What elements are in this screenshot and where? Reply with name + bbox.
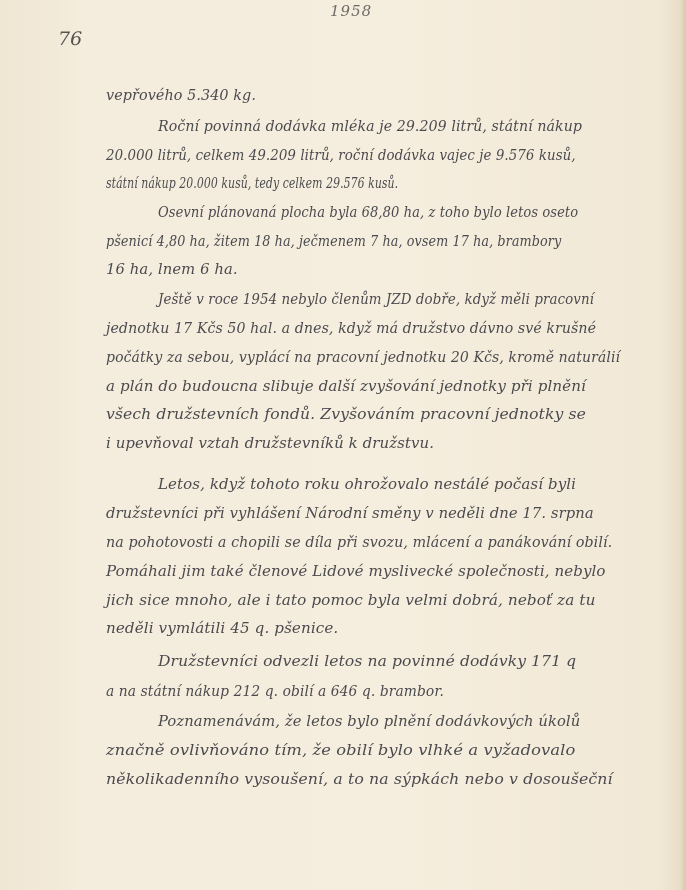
text-line: družstevníci při vyhlášení Národní směny…	[106, 504, 594, 522]
text-line: 20.000 litrů, celkem 49.209 litrů, roční…	[106, 146, 576, 164]
text-line: Osevní plánovaná plocha byla 68,80 ha, z…	[158, 203, 578, 221]
text-line: i upevňoval vztah družstevníků k družstv…	[106, 434, 434, 452]
text-line: na pohotovosti a chopili se díla při svo…	[106, 533, 612, 551]
text-line: několikadenního vysoušení, a to na sýpká…	[106, 770, 613, 788]
text-line: neděli vymlátili 45 q. pšenice.	[106, 619, 338, 637]
text-line: státní nákup 20.000 kusů, tedy celkem 29…	[106, 174, 398, 192]
text-line: a na státní nákup 212 q. obilí a 646 q. …	[106, 682, 444, 700]
page-year-heading: 1958	[330, 2, 372, 20]
manuscript-page: 1958 76 vepřového 5.340 kg.Roční povinná…	[0, 0, 686, 890]
text-line: 16 ha, lnem 6 ha.	[106, 260, 238, 278]
text-line: jich sice mnoho, ale i tato pomoc byla v…	[106, 591, 596, 609]
text-line: Ještě v roce 1954 nebylo členům JZD dobř…	[158, 290, 594, 308]
text-line: všech družstevních fondů. Zvyšováním pra…	[106, 405, 586, 423]
text-line: značně ovlivňováno tím, že obilí bylo vl…	[106, 741, 575, 759]
text-line: Poznamenávám, že letos bylo plnění dodáv…	[158, 712, 580, 730]
text-line: Družstevníci odvezli letos na povinné do…	[158, 652, 576, 670]
text-line: pšenicí 4,80 ha, žitem 18 ha, ječmenem 7…	[106, 232, 561, 250]
text-line: počátky za sebou, vyplácí na pracovní je…	[106, 348, 620, 366]
page-number: 76	[58, 28, 82, 50]
text-line: a plán do budoucna slibuje další zvyšová…	[106, 377, 586, 395]
text-line: Roční povinná dodávka mléka je 29.209 li…	[158, 117, 582, 135]
text-line: vepřového 5.340 kg.	[106, 86, 256, 104]
text-line: Letos, když tohoto roku ohrožovalo nestá…	[158, 475, 576, 493]
text-line: jednotku 17 Kčs 50 hal. a dnes, když má …	[106, 319, 596, 337]
text-line: Pomáhali jim také členové Lidové myslive…	[106, 562, 606, 580]
